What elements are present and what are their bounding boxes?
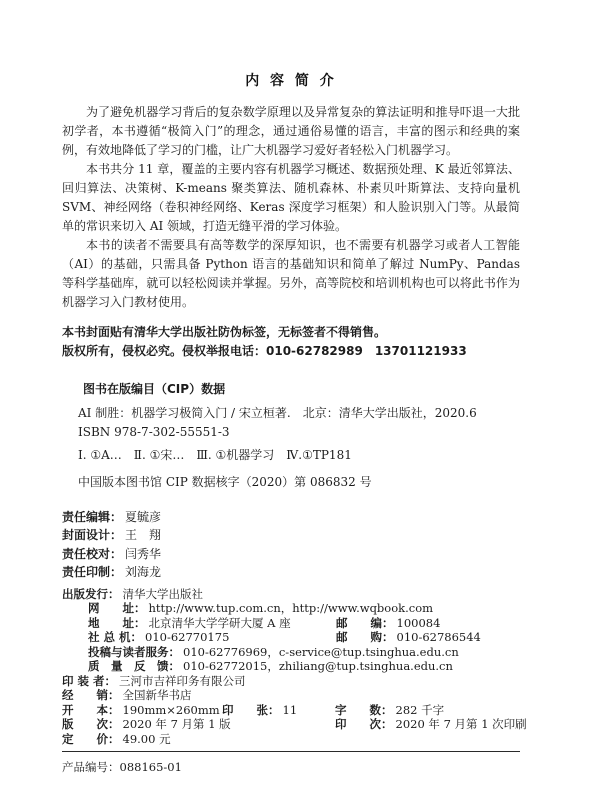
- pub-row-reader-service: 投稿与读者服务：010-62776969，c-service@tup.tsing…: [62, 645, 520, 660]
- pub-value: 010-62776969，c-service@tup.tsinghua.edu.…: [183, 645, 459, 660]
- copyright-warning-line: 版权所有，侵权必究。侵权举报电话：010-62782989 1370112193…: [62, 342, 520, 361]
- staff-value: 刘海龙: [125, 565, 161, 579]
- staff-value: 夏毓彦: [125, 510, 161, 524]
- divider-rule: [62, 751, 520, 752]
- intro-paragraph: 为了避免机器学习背后的复杂数学原理以及异常复杂的算法证明和推导吓退一大批初学者，…: [62, 103, 520, 160]
- pub-value: 2020 年 7 月第 1 次印刷: [396, 717, 527, 732]
- pub-value: 49.00 元: [123, 732, 171, 747]
- cip-isbn: ISBN 978-7-302-55551-3: [78, 423, 520, 442]
- staff-row-print-supervisor: 责任印制：刘海龙: [62, 563, 520, 581]
- cip-record-number: 中国版本图书馆 CIP 数据核字（2020）第 086832 号: [78, 473, 520, 492]
- pub-label: 邮 编：: [336, 616, 394, 631]
- pub-value: 010-62786544: [397, 630, 481, 645]
- pub-label: 开 本：: [62, 703, 120, 718]
- pub-label: 经 销：: [62, 688, 120, 703]
- pub-value: 11: [283, 703, 298, 718]
- pub-label: 印 次：: [335, 717, 393, 732]
- pub-value: 清华大学出版社: [123, 587, 204, 602]
- pub-value: 010-62772015，zhiliang@tup.tsinghua.edu.c…: [183, 659, 453, 674]
- cip-classification: Ⅰ. ①A… Ⅱ. ①宋… Ⅲ. ①机器学习 Ⅳ.①TP181: [78, 446, 520, 465]
- content-summary: 为了避免机器学习背后的复杂数学原理以及异常复杂的算法证明和推导吓退一大批初学者，…: [62, 103, 520, 312]
- pub-row-printer: 印 装 者：三河市吉祥印务有限公司: [62, 674, 520, 689]
- product-code: 产品编号：088165-01: [62, 760, 520, 775]
- pub-value: http://www.tup.com.cn，http://www.wqbook.…: [149, 601, 434, 616]
- pub-label: 社 总 机：: [88, 630, 142, 645]
- intro-paragraph: 本书共分 11 章，覆盖的主要内容有机器学习概述、数据预处理、K 最近邻算法、回…: [62, 160, 520, 236]
- pub-value: 三河市吉祥印务有限公司: [119, 674, 246, 689]
- staff-label: 责任编辑：: [62, 510, 122, 524]
- staff-row-editor: 责任编辑：夏毓彦: [62, 508, 520, 526]
- pub-label: 地 址：: [88, 616, 146, 631]
- pub-row-quality-feedback: 质 量 反 馈：010-62772015，zhiliang@tup.tsingh…: [62, 659, 520, 674]
- staff-row-cover-design: 封面设计：王 翔: [62, 526, 520, 544]
- anti-piracy-notice: 本书封面贴有清华大学出版社防伪标签，无标签者不得销售。 版权所有，侵权必究。侵权…: [62, 323, 520, 360]
- pub-label: 出版发行：: [62, 587, 120, 602]
- pub-label: 字 数：: [335, 703, 393, 718]
- pub-value: 全国新华书店: [123, 688, 192, 703]
- cip-entry: AI 制胜：机器学习极简入门 / 宋立桓著. 北京：清华大学出版社，2020.6: [78, 404, 520, 423]
- product-code-value: 088165-01: [120, 760, 182, 774]
- pub-row-switchboard: 社 总 机：010-62770175 邮 购：010-62786544: [62, 630, 520, 645]
- staff-value: 王 翔: [125, 528, 161, 542]
- pub-row-publisher: 出版发行：清华大学出版社: [62, 587, 520, 602]
- pub-label: 投稿与读者服务：: [88, 645, 180, 660]
- pub-value: 010-62770175: [145, 630, 229, 645]
- pub-value: 北京清华大学学研大厦 A 座: [149, 616, 291, 631]
- pub-row-distributor: 经 销：全国新华书店: [62, 688, 520, 703]
- pub-row-website: 网 址：http://www.tup.com.cn，http://www.wqb…: [62, 601, 520, 616]
- pub-row-edition: 版 次：2020 年 7 月第 1 版 印 次：2020 年 7 月第 1 次印…: [62, 717, 520, 732]
- pub-row-format: 开 本：190mm×260mm 印 张：11 字 数：282 千字: [62, 703, 520, 718]
- staff-credits: 责任编辑：夏毓彦 封面设计：王 翔 责任校对：闫秀华 责任印制：刘海龙: [62, 508, 520, 582]
- staff-label: 封面设计：: [62, 528, 122, 542]
- pub-label: 网 址：: [88, 601, 146, 616]
- anti-piracy-line: 本书封面贴有清华大学出版社防伪标签，无标签者不得销售。: [62, 323, 520, 342]
- staff-label: 责任校对：: [62, 547, 122, 561]
- pub-row-address: 地 址：北京清华大学学研大厦 A 座 邮 编：100084: [62, 616, 520, 631]
- pub-value: 190mm×260mm: [123, 703, 220, 718]
- cip-block: 图书在版编目（CIP）数据 AI 制胜：机器学习极简入门 / 宋立桓著. 北京：…: [62, 380, 520, 492]
- product-code-label: 产品编号：: [62, 760, 120, 774]
- cip-heading: 图书在版编目（CIP）数据: [78, 380, 520, 397]
- intro-paragraph: 本书的读者不需要具有高等数学的深厚知识，也不需要有机器学习或者人工智能（AI）的…: [62, 236, 520, 312]
- page-title: 内 容 简 介: [62, 70, 520, 90]
- pub-label: 印 张：: [222, 703, 280, 718]
- pub-row-price: 定 价：49.00 元: [62, 732, 520, 747]
- pub-value: 100084: [397, 616, 441, 631]
- pub-label: 印 装 者：: [62, 674, 116, 689]
- pub-label: 定 价：: [62, 732, 120, 747]
- staff-value: 闫秀华: [125, 547, 161, 561]
- staff-row-proofreader: 责任校对：闫秀华: [62, 545, 520, 563]
- copyright-page: 内 容 简 介 为了避免机器学习背后的复杂数学原理以及异常复杂的算法证明和推导吓…: [0, 0, 589, 800]
- pub-value: 2020 年 7 月第 1 版: [123, 717, 231, 732]
- publishing-info: 出版发行：清华大学出版社 网 址：http://www.tup.com.cn，h…: [62, 587, 520, 747]
- staff-label: 责任印制：: [62, 565, 122, 579]
- pub-label: 质 量 反 馈：: [88, 659, 180, 674]
- pub-label: 版 次：: [62, 717, 120, 732]
- pub-value: 282 千字: [396, 703, 445, 718]
- pub-label: 邮 购：: [336, 630, 394, 645]
